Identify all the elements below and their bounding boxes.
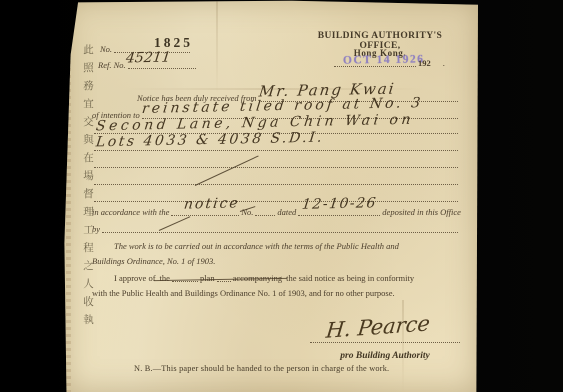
crease <box>216 0 218 95</box>
dotted-blank <box>94 178 458 185</box>
year-dot: . <box>443 58 445 68</box>
dotted-blank <box>217 275 231 282</box>
signature-title: pro Building Authority <box>310 351 460 361</box>
approve-line-2: with the Public Health and Buildings Ord… <box>92 288 460 298</box>
terms-text-1: The work is to be carried out in accorda… <box>114 241 399 251</box>
blank-line <box>92 195 460 203</box>
struck-plan: plan <box>200 273 215 283</box>
deposited-label: deposited in this Office <box>382 207 461 217</box>
approve-text-2: with the Public Health and Buildings Ord… <box>92 288 395 298</box>
dated-label: dated <box>277 207 296 217</box>
terms-line-2: Buildings Ordinance, No. 1 of 1903. <box>92 256 460 266</box>
accordance-line: in accordance with the No. dated deposit… <box>92 207 460 217</box>
approve-rest: the said notice as being in conformity <box>286 273 414 283</box>
approve-label: I approve of <box>114 273 156 283</box>
blank-line <box>92 178 460 186</box>
approve-line: I approve of the plan accompanying the s… <box>92 273 460 283</box>
by-label: by <box>92 224 100 234</box>
date-line: 192. <box>332 58 462 68</box>
dated-value: 12-10-26 <box>301 195 378 213</box>
dotted-blank <box>255 209 275 216</box>
dotted-blank <box>172 275 198 282</box>
dotted-blank <box>102 226 458 233</box>
blank-line <box>92 161 460 169</box>
dotted-blank <box>94 195 458 202</box>
accordance-label: in accordance with the <box>92 207 169 217</box>
struck-plan-segment: the plan accompanying <box>156 273 283 283</box>
footer-note: N. B.—This paper should be handed to the… <box>134 364 434 373</box>
dotted-blank <box>334 60 416 67</box>
by-line: by <box>92 224 460 234</box>
ref-number-handwritten: 45211 <box>125 50 171 67</box>
terms-text-2: Buildings Ordinance, No. 1 of 1903. <box>92 256 215 266</box>
torn-edge <box>66 40 71 392</box>
year-prefix: 192 <box>418 58 431 68</box>
signature-handwritten: H. Pearce <box>325 311 431 342</box>
dotted-blank <box>94 161 458 168</box>
ref-label: Ref. No. <box>98 60 126 70</box>
struck-accompanying: accompanying <box>233 273 283 283</box>
photo-background: 此照務宜交與在場督理工程之人收執 1825 No. Ref. No. 45211… <box>0 0 563 392</box>
no-label: No. <box>100 44 112 54</box>
accordance-value: notice <box>183 195 241 212</box>
struck-the: the <box>160 273 170 283</box>
document-paper: 此照務宜交與在場督理工程之人收執 1825 No. Ref. No. 45211… <box>64 0 478 392</box>
terms-line-1: The work is to be carried out in accorda… <box>92 241 460 251</box>
